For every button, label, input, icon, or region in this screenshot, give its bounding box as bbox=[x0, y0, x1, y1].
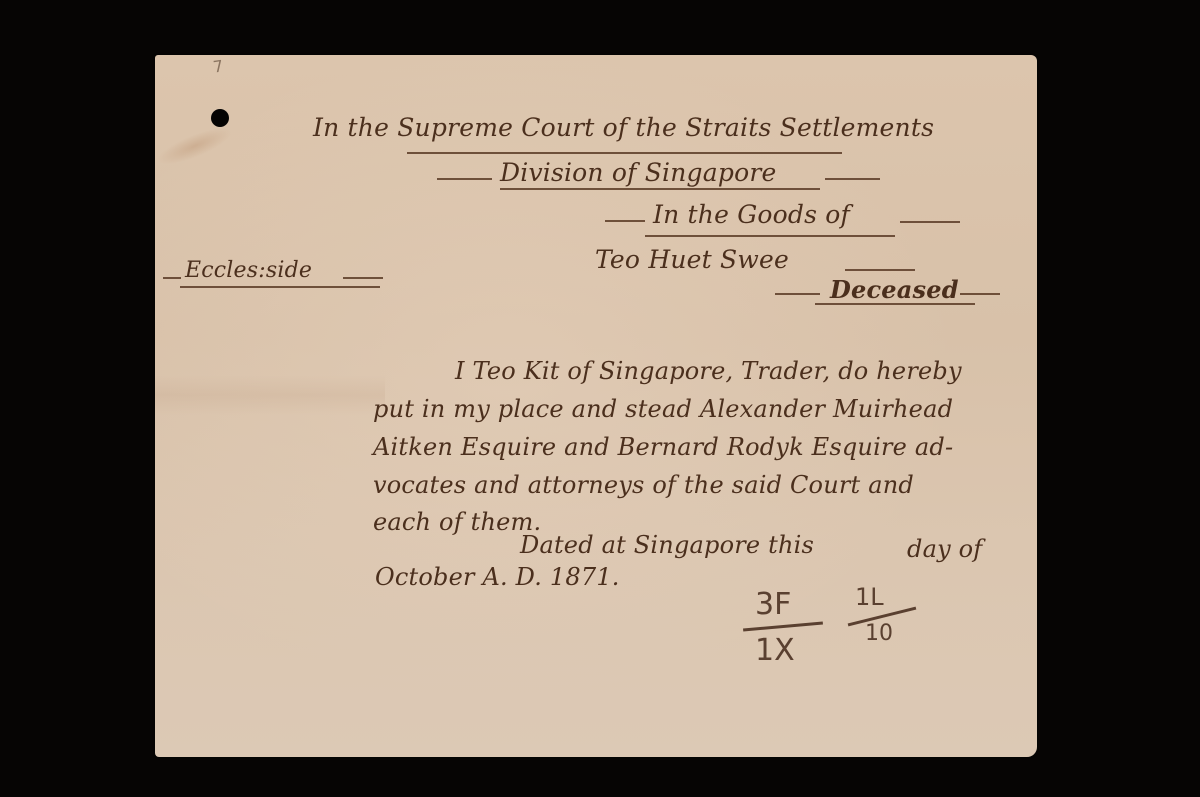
division-underline bbox=[500, 188, 820, 190]
deceased-dash-left bbox=[775, 293, 820, 295]
document-paper: 7 In the Supreme Court of the Straits Se… bbox=[155, 55, 1037, 757]
deceased-dash-right bbox=[960, 293, 1000, 295]
body-line-5: each of them. bbox=[373, 508, 541, 536]
dated-line-part2: day of bbox=[907, 535, 982, 563]
eccles-dash-right bbox=[343, 277, 383, 279]
dated-line-2: October A. D. 1871. bbox=[375, 563, 620, 591]
eccles-dash-left bbox=[163, 277, 181, 279]
annotation-fraction-line-left bbox=[743, 622, 823, 632]
body-line-1: I Teo Kit of Singapore, Trader, do hereb… bbox=[455, 357, 962, 385]
ecclesiastical-side-label: Eccles:side bbox=[185, 258, 312, 283]
division-dash-left bbox=[437, 178, 492, 180]
deceased-name-dash bbox=[845, 269, 915, 271]
scan-background: 7 In the Supreme Court of the Straits Se… bbox=[0, 0, 1200, 797]
stain-mark bbox=[154, 121, 236, 171]
fold-shade bbox=[155, 375, 385, 415]
in-the-goods-of: In the Goods of bbox=[653, 200, 850, 229]
deceased-name: Teo Huet Swee bbox=[595, 245, 789, 274]
dated-line-part1: Dated at Singapore this bbox=[520, 531, 814, 559]
court-title: In the Supreme Court of the Straits Sett… bbox=[313, 113, 934, 142]
deceased-label: Deceased bbox=[830, 275, 959, 304]
body-line-3: Aitken Esquire and Bernard Rodyk Esquire… bbox=[373, 433, 953, 461]
division-title: Division of Singapore bbox=[500, 158, 776, 187]
eccles-underline bbox=[180, 286, 380, 288]
division-dash-right bbox=[825, 178, 880, 180]
annotation-numerator-right: 1L bbox=[855, 583, 884, 611]
goods-dash-right bbox=[900, 221, 960, 223]
punch-hole bbox=[211, 109, 229, 127]
body-line-2: put in my place and stead Alexander Muir… bbox=[373, 395, 953, 423]
body-line-4: vocates and attorneys of the said Court … bbox=[373, 471, 914, 499]
annotation-numerator-left: 3F bbox=[755, 587, 791, 622]
court-title-underline bbox=[407, 152, 842, 154]
goods-underline bbox=[645, 235, 895, 237]
annotation-denominator-right: 10 bbox=[865, 621, 893, 646]
goods-dash-left bbox=[605, 220, 645, 222]
margin-pencil-note: 7 bbox=[212, 56, 225, 76]
deceased-underline bbox=[815, 303, 975, 305]
annotation-denominator-left: 1X bbox=[755, 633, 795, 668]
